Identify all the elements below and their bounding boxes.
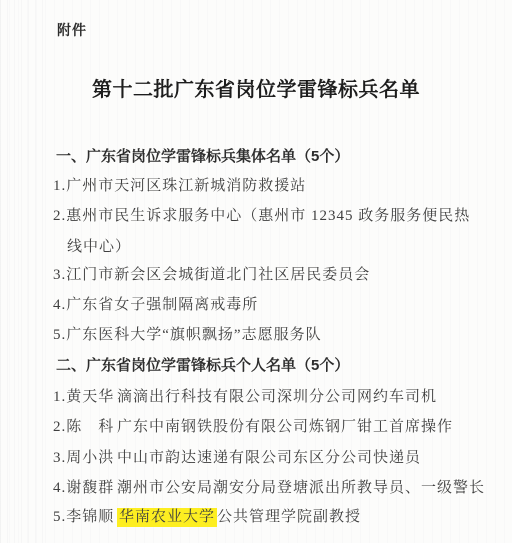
- person-desc-highlighted: 华南农业大学: [117, 508, 217, 527]
- list2-item-3: 3.周小洪中山市韵达速递有限公司东区分公司快递员: [53, 446, 421, 467]
- list1-item-2-wrap: 线中心）: [67, 235, 131, 256]
- person-desc: 滴滴出行科技有限公司深圳分公司网约车司机: [117, 389, 437, 405]
- list1-item-3: 3.江门市新会区会城街道北门社区居民委员会: [53, 263, 370, 284]
- person-desc: 公共管理学院副教授: [217, 509, 361, 525]
- person-name: 2.陈 科: [53, 415, 117, 436]
- list2-item-4: 4.谢馥群潮州市公安局潮安分局登塘派出所教导员、一级警长: [53, 476, 485, 497]
- person-desc: 潮州市公安局潮安分局登塘派出所教导员、一级警长: [117, 480, 485, 496]
- attachment-label: 附件: [57, 20, 87, 40]
- list2-item-5: 5.李锦顺华南农业大学公共管理学院副教授: [53, 505, 361, 526]
- section2-heading: 二、广东省岗位学雷锋标兵个人名单（5个）: [56, 354, 349, 375]
- document-page: 附件 第十二批广东省岗位学雷锋标兵名单 一、广东省岗位学雷锋标兵集体名单（5个）…: [0, 0, 512, 543]
- document-title: 第十二批广东省岗位学雷锋标兵名单: [0, 73, 512, 102]
- person-name: 5.李锦顺: [53, 505, 117, 526]
- list2-item-2: 2.陈 科广东中南钢铁股份有限公司炼钢厂钳工首席操作: [53, 415, 453, 436]
- person-desc: 中山市韵达速递有限公司东区分公司快递员: [117, 450, 421, 466]
- person-name: 1.黄天华: [53, 385, 117, 406]
- list1-item-1: 1.广州市天河区珠江新城消防救援站: [53, 174, 306, 195]
- section1-heading: 一、广东省岗位学雷锋标兵集体名单（5个）: [56, 145, 349, 166]
- list2-item-1: 1.黄天华滴滴出行科技有限公司深圳分公司网约车司机: [53, 385, 437, 406]
- list1-item-5: 5.广东医科大学“旗帜飘扬”志愿服务队: [53, 323, 322, 344]
- list1-item-4: 4.广东省女子强制隔离戒毒所: [53, 293, 258, 314]
- list1-item-2: 2.惠州市民生诉求服务中心（惠州市 12345 政务服务便民热: [53, 204, 470, 225]
- person-desc: 广东中南钢铁股份有限公司炼钢厂钳工首席操作: [117, 419, 453, 435]
- person-name: 3.周小洪: [53, 446, 117, 467]
- person-name: 4.谢馥群: [53, 476, 117, 497]
